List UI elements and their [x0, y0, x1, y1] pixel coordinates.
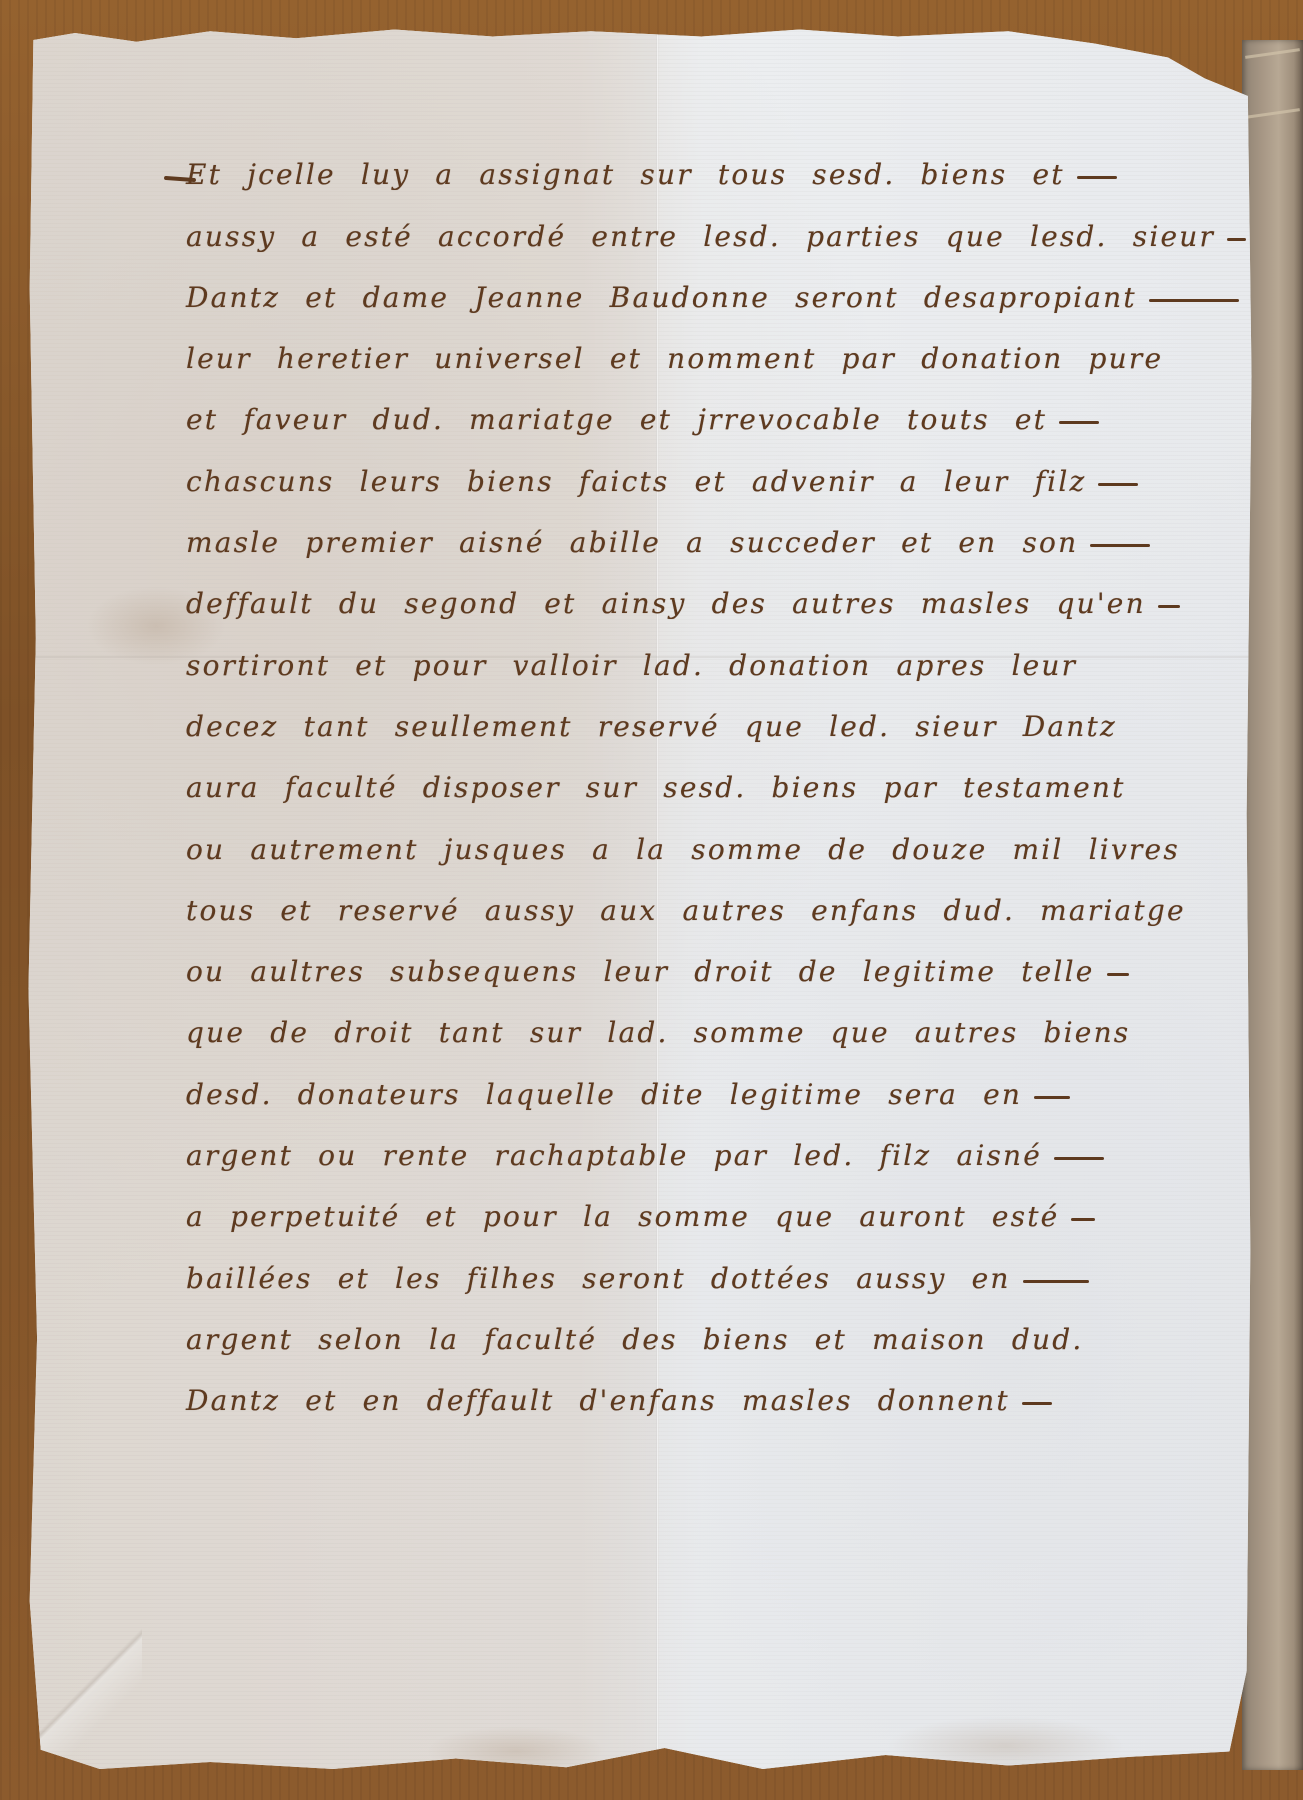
manuscript-line-7: masle premier aisné abille a succeder et… [186, 502, 1246, 563]
line-text: que de droit tant sur lad. somme que aut… [186, 1019, 1130, 1053]
manuscript-line-9: sortiront et pour valloir lad. donation … [186, 624, 1246, 685]
book-binding [1242, 40, 1303, 1770]
line-text: deffault du segond et ainsy des autres m… [186, 590, 1146, 624]
manuscript-line-11: aura faculté disposer sur sesd. biens pa… [186, 747, 1246, 808]
line-filler-dash [1023, 1280, 1089, 1283]
line-text: aura faculté disposer sur sesd. biens pa… [186, 774, 1126, 808]
line-filler-dash [1158, 605, 1180, 608]
manuscript-line-13: tous et reservé aussy aux autres enfans … [186, 870, 1246, 931]
manuscript-line-5: et faveur dud. mariatge et jrrevocable t… [186, 379, 1246, 440]
line-text: et faveur dud. mariatge et jrrevocable t… [186, 406, 1047, 440]
paper-stain [886, 1716, 1126, 1776]
line-text: baillées et les filhes seront dottées au… [186, 1265, 1011, 1299]
line-text: ou autrement jusques a la somme de douze… [186, 836, 1180, 870]
manuscript-line-18: a perpetuité et pour la somme que auront… [186, 1176, 1246, 1237]
line-filler-dash [1022, 1402, 1052, 1405]
line-filler-dash [1107, 973, 1129, 976]
manuscript-page: Et jcelle luy a assignat sur tous sesd. … [26, 26, 1254, 1776]
line-text: tous et reservé aussy aux autres enfans … [186, 897, 1186, 931]
manuscript-line-3: Dantz et dame Jeanne Baudonne seront des… [186, 257, 1246, 318]
line-text: Dantz et en deffault d'enfans masles don… [186, 1387, 1010, 1421]
line-text: desd. donateurs laquelle dite legitime s… [186, 1081, 1022, 1115]
manuscript-line-14: ou aultres subsequens leur droit de legi… [186, 931, 1246, 992]
line-filler-dash [1034, 1096, 1070, 1099]
manuscript-line-17: argent ou rente rachaptable par led. fil… [186, 1115, 1246, 1176]
line-text: sortiront et pour valloir lad. donation … [186, 652, 1077, 686]
line-filler-dash [1059, 421, 1099, 424]
manuscript-line-19: baillées et les filhes seront dottées au… [186, 1237, 1246, 1298]
line-text: Dantz et dame Jeanne Baudonne seront des… [186, 284, 1137, 318]
line-text: Et jcelle luy a assignat sur tous sesd. … [186, 161, 1065, 195]
manuscript-line-10: decez tant seullement reservé que led. s… [186, 686, 1246, 747]
line-filler-dash [1054, 1157, 1104, 1160]
line-text: argent ou rente rachaptable par led. fil… [186, 1142, 1042, 1176]
handwritten-text-block: Et jcelle luy a assignat sur tous sesd. … [186, 134, 1246, 1421]
line-filler-dash [1098, 483, 1138, 486]
line-text: aussy a esté accordé entre lesd. parties… [186, 223, 1215, 257]
line-filler-dash [1149, 299, 1239, 302]
manuscript-line-12: ou autrement jusques a la somme de douze… [186, 808, 1246, 869]
line-text: decez tant seullement reservé que led. s… [186, 713, 1117, 747]
manuscript-line-4: leur heretier universel et nomment par d… [186, 318, 1246, 379]
line-text: masle premier aisné abille a succeder et… [186, 529, 1078, 563]
manuscript-line-8: deffault du segond et ainsy des autres m… [186, 563, 1246, 624]
line-filler-dash [1090, 544, 1150, 547]
manuscript-line-6: chascuns leurs biens faicts et advenir a… [186, 440, 1246, 501]
line-text: argent selon la faculté des biens et mai… [186, 1326, 1083, 1360]
line-filler-dash [1071, 1218, 1095, 1221]
folded-corner [32, 1618, 142, 1758]
manuscript-line-20: argent selon la faculté des biens et mai… [186, 1299, 1246, 1360]
line-text: ou aultres subsequens leur droit de legi… [186, 958, 1095, 992]
line-text: a perpetuité et pour la somme que auront… [186, 1203, 1059, 1237]
line-filler-dash [1227, 238, 1246, 241]
line-text: leur heretier universel et nomment par d… [186, 345, 1163, 379]
line-text: chascuns leurs biens faicts et advenir a… [186, 468, 1086, 502]
line-filler-dash [1077, 176, 1117, 179]
manuscript-line-1: Et jcelle luy a assignat sur tous sesd. … [186, 134, 1246, 195]
manuscript-line-16: desd. donateurs laquelle dite legitime s… [186, 1053, 1246, 1114]
manuscript-line-2: aussy a esté accordé entre lesd. parties… [186, 195, 1246, 256]
paper-stain [426, 1726, 606, 1776]
manuscript-line-15: que de droit tant sur lad. somme que aut… [186, 992, 1246, 1053]
manuscript-line-21: Dantz et en deffault d'enfans masles don… [186, 1360, 1246, 1421]
